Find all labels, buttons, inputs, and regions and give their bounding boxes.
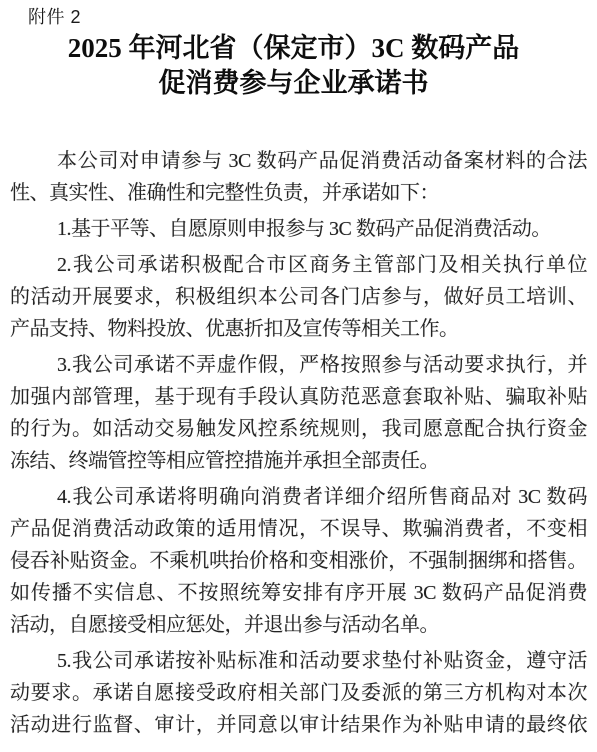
commitment-item-4: 4.我公司承诺将明确向消费者详细介绍所售商品对 3C 数码 产品促消费活动政策的…	[10, 481, 587, 641]
text-line: 2.我公司承诺积极配合市区商务主管部门及相关执行单位	[10, 249, 587, 281]
text-line: 产品支持、物料投放、优惠折扣及宣传等相关工作。	[10, 313, 587, 345]
text-line: 1.基于平等、自愿原则申报参与 3C 数码产品促消费活动。	[10, 213, 587, 245]
text-line: 的活动开展要求，积极组织本公司各门店参与，做好员工培训、	[10, 281, 587, 313]
text-line: 如传播不实信息、不按照统筹安排有序开展 3C 数码产品促消费	[10, 577, 587, 609]
text-line: 活动进行监督、审计，并同意以审计结果作为补贴申请的最终依	[10, 709, 587, 741]
text-line: 产品促消费活动政策的适用情况，不误导、欺骗消费者，不变相	[10, 513, 587, 545]
attachment-label: 附件 2	[28, 5, 81, 29]
commitment-item-3: 3.我公司承诺不弄虚作假，严格按照参与活动要求执行，并 加强内部管理，基于现有手…	[10, 349, 587, 477]
text-line: 5.我公司承诺按补贴标准和活动要求垫付补贴资金，遵守活	[10, 645, 587, 677]
text-line: 加强内部管理，基于现有手段认真防范恶意套取补贴、骗取补贴	[10, 381, 587, 413]
commitment-item-2: 2.我公司承诺积极配合市区商务主管部门及相关执行单位 的活动开展要求，积极组织本…	[10, 249, 587, 345]
commitment-item-5: 5.我公司承诺按补贴标准和活动要求垫付补贴资金，遵守活 动要求。承诺自愿接受政府…	[10, 645, 587, 741]
commitment-item-1: 1.基于平等、自愿原则申报参与 3C 数码产品促消费活动。	[10, 213, 587, 245]
document-page: 附件 2 2025 年河北省（保定市）3C 数码产品 促消费参与企业承诺书 本公…	[0, 0, 597, 752]
title-line-2: 促消费参与企业承诺书	[0, 66, 587, 101]
text-line: 动要求。承诺自愿接受政府相关部门及委派的第三方机构对本次	[10, 677, 587, 709]
text-line: 的行为。如活动交易触发风控系统规则，我司愿意配合执行资金	[10, 413, 587, 445]
text-line: 3.我公司承诺不弄虚作假，严格按照参与活动要求执行，并	[10, 349, 587, 381]
text-line: 活动，自愿接受相应惩处，并退出参与活动名单。	[10, 609, 587, 641]
document-body: 本公司对申请参与 3C 数码产品促消费活动备案材料的合法 性、真实性、准确性和完…	[10, 145, 587, 741]
intro-paragraph: 本公司对申请参与 3C 数码产品促消费活动备案材料的合法 性、真实性、准确性和完…	[10, 145, 587, 209]
text-line: 侵吞补贴资金。不乘机哄抬价格和变相涨价，不强制捆绑和搭售。	[10, 545, 587, 577]
text-line: 4.我公司承诺将明确向消费者详细介绍所售商品对 3C 数码	[10, 481, 587, 513]
text-line: 本公司对申请参与 3C 数码产品促消费活动备案材料的合法	[10, 145, 587, 177]
title-line-1: 2025 年河北省（保定市）3C 数码产品	[0, 31, 587, 66]
text-line: 性、真实性、准确性和完整性负责，并承诺如下：	[10, 177, 587, 209]
text-line: 冻结、终端管控等相应管控措施并承担全部责任。	[10, 445, 587, 477]
document-title: 2025 年河北省（保定市）3C 数码产品 促消费参与企业承诺书	[0, 31, 587, 101]
